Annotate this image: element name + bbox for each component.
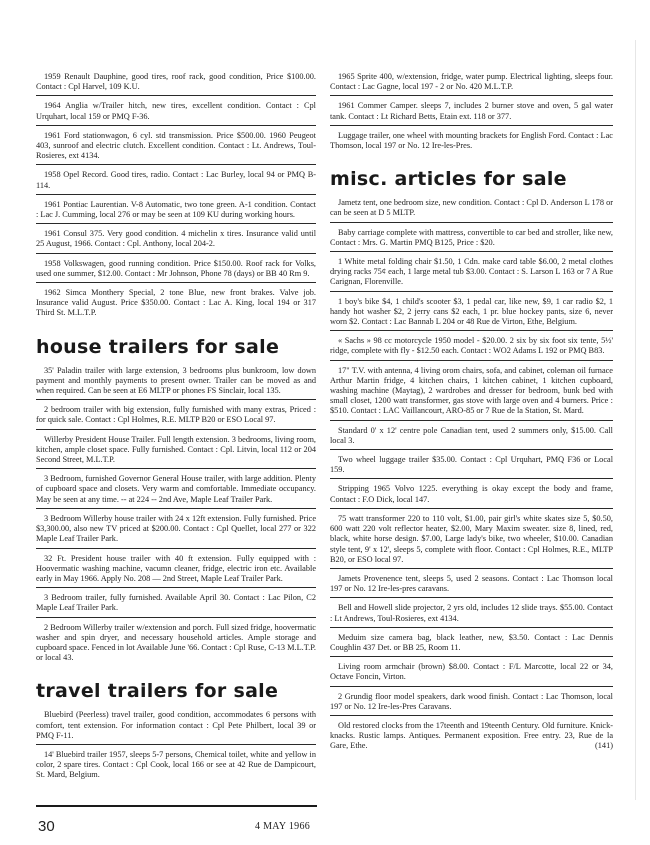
classified-ad: 1961 Pontiac Laurentian. V-8 Automatic, … [36, 198, 316, 224]
classified-ad: 2 Grundig floor model speakers, dark woo… [330, 690, 613, 716]
section-heading-travel-trailers: travel trailers for sale [36, 680, 316, 702]
classified-ad: 1959 Renault Dauphine, good tires, roof … [36, 70, 316, 96]
classified-ad: 14' Bluebird trailer 1957, sleeps 5-7 pe… [36, 748, 316, 784]
classified-ad: 1961 Consul 375. Very good condition. 4 … [36, 227, 316, 253]
ad-text: Old restored clocks from the 17teenth an… [330, 721, 613, 750]
classified-ad: 75 watt transformer 220 to 110 volt, $1.… [330, 512, 613, 569]
classified-ad: 3 Bedroom Willerby house trailer with 24… [36, 512, 316, 549]
classified-ad: 1 boy's bike $4, 1 child's scooter $3, 1… [330, 295, 613, 332]
classified-ad: Baby carriage complete with mattress, co… [330, 226, 613, 252]
classified-ad: « Sachs » 98 cc motorcycle 1950 model - … [330, 334, 613, 360]
classified-ad: Meduim size camera bag, black leather, n… [330, 631, 613, 657]
section-heading-house-trailers: house trailers for sale [36, 336, 316, 358]
ad-reference-number: (141) [587, 741, 613, 751]
classified-ad: 1964 Anglia w/Trailer hitch, new tires, … [36, 99, 316, 125]
classified-ad: Bluebird (Peerless) travel trailer, good… [36, 708, 316, 745]
classified-ad: Jamets Provenence tent, sleeps 5, used 2… [330, 572, 613, 598]
classified-ad: 1958 Opel Record. Good tires, radio. Con… [36, 168, 316, 194]
classified-ad: 32 Ft. President house trailer with 40 f… [36, 552, 316, 589]
classified-ad: 1961 Ford stationwagon, 6 cyl. std trans… [36, 129, 316, 166]
issue-date: 4 MAY 1966 [255, 821, 310, 832]
classified-ad: 1 White metal folding chair $1.50, 1 Cdn… [330, 255, 613, 292]
classified-ad: 1958 Volkswagen, good running condition.… [36, 257, 316, 283]
classified-ad: 1961 Commer Camper. sleeps 7, includes 2… [330, 99, 613, 125]
classified-ad: 17" T.V. with antenna, 4 living orom cha… [330, 364, 613, 421]
section-heading-misc-articles: misc. articles for sale [330, 168, 613, 190]
classified-ad: Standard 0' x 12' centre pole Canadian t… [330, 424, 613, 450]
classified-ad: Luggage trailer, one wheel with mounting… [330, 129, 613, 154]
classified-ad-last: Old restored clocks from the 17teenth an… [330, 719, 613, 755]
classified-ad: Bell and Howell slide projector, 2 yrs o… [330, 601, 613, 627]
right-column: 1965 Sprite 400, w/extension, fridge, wa… [330, 70, 613, 758]
classified-ad: Living room armchair (brown) $8.00. Cont… [330, 660, 613, 686]
classified-ad: Stripping 1965 Volvo 1225. everything is… [330, 482, 613, 508]
page-edge-divider [635, 40, 636, 800]
classified-ad: 1962 Simca Monthery Special, 2 tone Blue… [36, 286, 316, 322]
classified-ad: Willerby President House Trailer. Full l… [36, 433, 316, 470]
classified-ad: 35' Paladin trailer with large extension… [36, 364, 316, 401]
classified-ad: 2 bedroom trailer with big extension, fu… [36, 403, 316, 429]
classified-ad: 3 Bedroom trailer, fully furnished. Avai… [36, 591, 316, 617]
classified-ad: 3 Bedroom, furnished Governor General Ho… [36, 472, 316, 509]
left-column: 1959 Renault Dauphine, good tires, roof … [36, 70, 316, 787]
classified-ad: 2 Bedroom Willerby trailer w/extension a… [36, 621, 316, 667]
classified-ad: Two wheel luggage trailer $35.00. Contac… [330, 453, 613, 479]
classified-ad: 1965 Sprite 400, w/extension, fridge, wa… [330, 70, 613, 96]
page-number: 30 [38, 818, 55, 835]
classified-ad: Jametz tent, one bedroom size, new condi… [330, 196, 613, 222]
footer-rule [36, 805, 317, 807]
